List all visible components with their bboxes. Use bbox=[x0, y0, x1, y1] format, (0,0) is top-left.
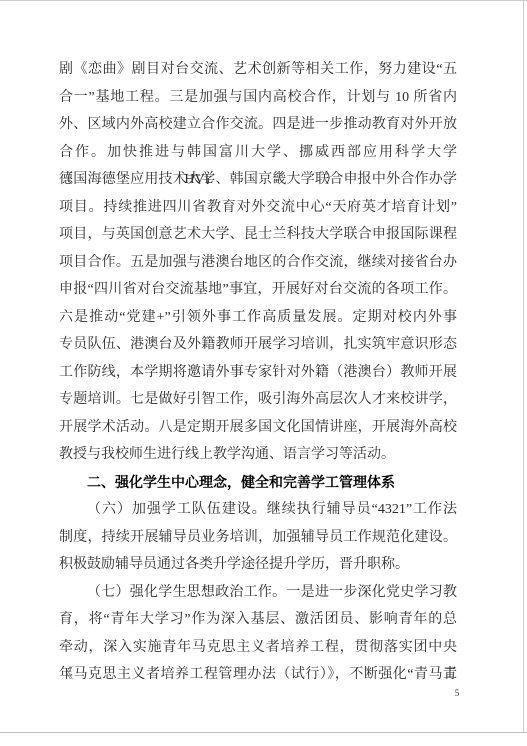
section-heading: 二、强化学生中心理念，健全和完善学工管理体系 bbox=[59, 469, 457, 497]
text-line: 专题培训。七是做好引智工作，吸引海外高层次人才来校讲学， bbox=[59, 386, 457, 414]
document-page: 剧《恋曲》剧目对台交流、艺术创新等相关工作，努力建设“五合一”基地工程。三是加强… bbox=[0, 0, 527, 746]
text-line: 牵动，深入实施青年马克思主义者培养工程，贯彻落实团中央《青 bbox=[59, 634, 457, 662]
text-line: 申报“四川省对台交流基地”事宜，开展好对台交流的各项工作。 bbox=[59, 276, 457, 304]
text-line: 剧《恋曲》剧目对台交流、艺术创新等相关工作，努力建设“五 bbox=[59, 56, 457, 84]
text-line: 工作防线，本学期将邀请外事专家针对外籍（港澳台）教师开展 bbox=[59, 359, 457, 387]
text-lines: 剧《恋曲》剧目对台交流、艺术创新等相关工作，努力建设“五合一”基地工程。三是加强… bbox=[59, 56, 457, 689]
page-edge-right bbox=[523, 0, 524, 733]
text-line: 项目。持续推进四川省教育对外交流中心“天府英才培育计划” bbox=[59, 194, 457, 222]
text-line: 外、区域内外高校建立合作交流。四是进一步推动教育对外开放 bbox=[59, 111, 457, 139]
text-line: （六）加强学工队伍建设。继续执行辅导员“4321”工作法 bbox=[59, 496, 457, 524]
text-line: 开展学术活动。八是定期开展多国文化国情讲座，开展海外高校 bbox=[59, 414, 457, 442]
text-line: 制度，持续开展辅导员业务培训，加强辅导员工作规范化建设。 bbox=[59, 524, 457, 552]
text-line: 德国海德堡应用技术大学、韩国京畿大学联合申报中外合作办学 bbox=[59, 166, 457, 194]
text-line: 年马克思主义者培养工程管理办法（试行）》，不断强化“青马工 bbox=[59, 661, 457, 689]
text-line: 合一”基地工程。三是加强与国内高校合作，计划与 10 所省内 bbox=[59, 84, 457, 112]
page-number: 5 bbox=[449, 688, 465, 698]
text-line: 项目合作。五是加强与港澳台地区的合作交流，继续对接省台办 bbox=[59, 249, 457, 277]
text-line: （七）强化学生思想政治工作。一是进一步深化党史学习教 bbox=[59, 579, 457, 607]
text-line: 六是推动“党建+”引领外事工作高质量发展。定期对校内外事 bbox=[59, 304, 457, 332]
text-line: 积极鼓励辅导员通过各类升学途径提升学历，晋升职称。 bbox=[59, 551, 457, 579]
text-line: 专员队伍、港澳台及外籍教师开展学习培训，扎实筑牢意识形态 bbox=[59, 331, 457, 359]
text-line: 合作。加快推进与韩国富川大学、挪威西部应用科学大学（HVL）、 bbox=[59, 139, 457, 167]
page-edge-top bbox=[0, 0, 527, 1]
text-line: 项目，与英国创意艺术大学、昆士兰科技大学联合申报国际课程 bbox=[59, 221, 457, 249]
text-line: 育，将“青年大学习”作为深入基层、激活团员、影响青年的总 bbox=[59, 606, 457, 634]
text-line: 教授与我校师生进行线上教学沟通、语言学习等活动。 bbox=[59, 441, 457, 469]
page-edge-bottom bbox=[0, 732, 527, 733]
